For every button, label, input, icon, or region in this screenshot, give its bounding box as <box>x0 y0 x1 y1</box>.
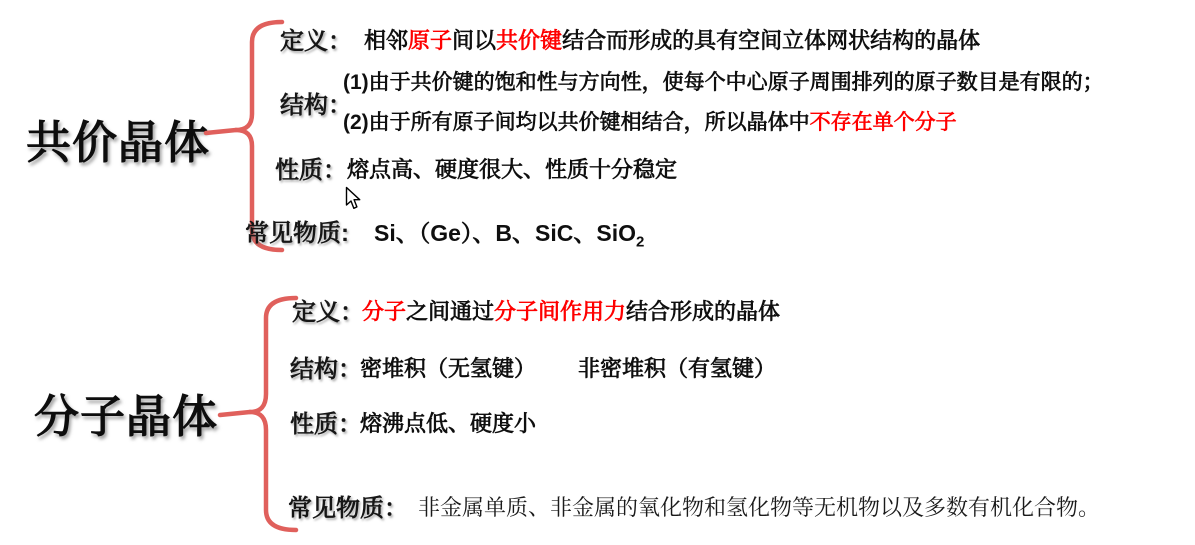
properties-label: 性质： <box>290 404 362 439</box>
structure-line-2: (2)由于所有原子间均以共价键相结合，所以晶体中不存在单个分子 <box>343 106 957 136</box>
definition-part-emphasis: 分子间作用力 <box>494 299 626 324</box>
definition-part: 相邻 <box>364 28 408 53</box>
definition-part: 结合形成的晶体 <box>626 299 780 324</box>
common-substances-colon: : <box>341 220 349 247</box>
slide-canvas: 共价晶体 定义： 相邻原子间以共价键结合而形成的具有空间立体网状结构的晶体 结构… <box>0 0 1195 545</box>
properties-label: 性质： <box>275 150 347 185</box>
definition-text: 分子之间通过分子间作用力结合形成的晶体 <box>362 295 780 326</box>
structure-line-2-text: (2)由于所有原子间均以共价键相结合，所以晶体中 <box>343 111 810 134</box>
definition-part: 结合而形成的具有空间立体网状结构的晶体 <box>562 28 980 53</box>
structure-item: 密堆积（无氢键） <box>360 356 536 381</box>
common-substances-formulas: Si、（Ge）、B、SiC、SiO <box>374 220 636 246</box>
structure-line-1: (1)由于共价键的饱和性与方向性，使每个中心原子周围排列的原子数目是有限的； <box>343 66 1104 96</box>
definition-part: 之间通过 <box>406 299 494 324</box>
common-substances-text: 非金属单质、非金属的氧化物和氢化物等无机物以及多数有机化合物。 <box>418 491 1100 522</box>
structure-label: 结构： <box>290 349 362 384</box>
mouse-cursor-icon <box>345 186 362 211</box>
common-substances-text: Si、（Ge）、B、SiC、SiO2 <box>374 215 644 251</box>
structure-text: 密堆积（无氢键）非密堆积（有氢键） <box>360 352 776 383</box>
structure-label: 结构： <box>280 85 352 120</box>
properties-text: 熔点高、硬度很大、性质十分稳定 <box>347 153 677 184</box>
section-title-molecular-crystal: 分子晶体 <box>34 380 218 445</box>
properties-text: 熔沸点低、硬度小 <box>360 407 536 438</box>
definition-part-emphasis: 共价键 <box>496 28 562 53</box>
formula-subscript: 2 <box>636 234 644 251</box>
definition-part-emphasis: 原子 <box>408 28 452 53</box>
common-substances-label: 常见物质: <box>245 213 349 248</box>
definition-text: 相邻原子间以共价键结合而形成的具有空间立体网状结构的晶体 <box>364 24 980 55</box>
structure-line-2-emphasis: 不存在单个分子 <box>810 111 957 134</box>
common-substances-label-text: 常见物质 <box>245 220 341 247</box>
definition-label: 定义： <box>280 21 352 56</box>
definition-label: 定义： <box>292 292 364 327</box>
structure-item: 非密堆积（有氢键） <box>578 356 776 381</box>
definition-part-emphasis: 分子 <box>362 299 406 324</box>
definition-part: 间以 <box>452 28 496 53</box>
common-substances-label: 常见物质： <box>288 488 408 523</box>
section-title-covalent-crystal: 共价晶体 <box>26 106 210 171</box>
